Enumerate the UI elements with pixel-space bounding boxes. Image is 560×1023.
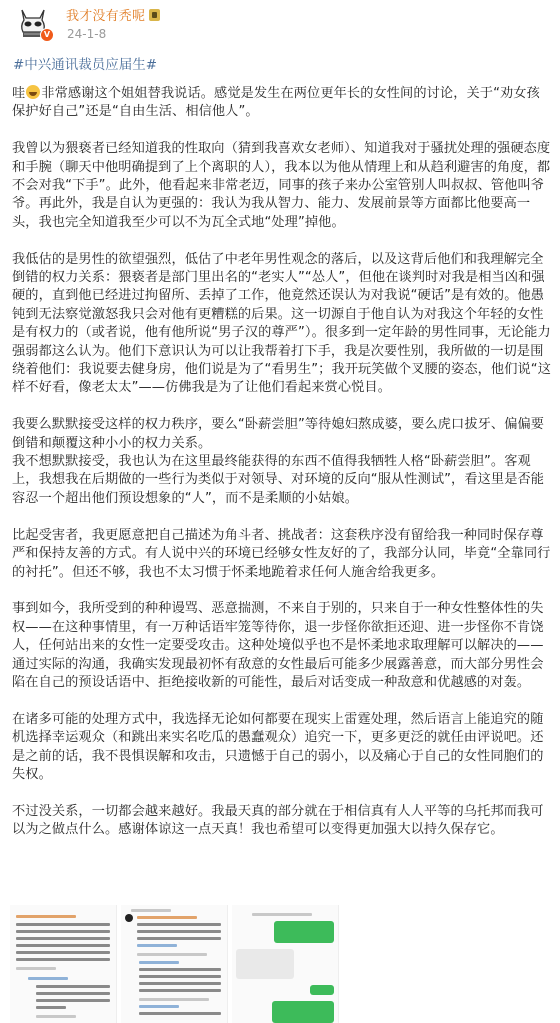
paragraph-6: 比起受害者，我更愿意把自己描述为角斗者、挑战者：这套秩序没有留给我一种同时保存尊… [12,527,552,582]
paragraph-prefix: 哇 [12,86,25,101]
image-gallery [10,905,340,1023]
paragraph-9: 不过没关系，一切都会越来越好。我最天真的部分就在于相信真有人人平等的乌托邦而我可… [12,803,552,840]
paragraph-7: 事到如今，我所受到的种种谩骂、恶意揣测，不来自于别的，只来自于一种女性整体性的失… [12,600,552,692]
paragraph-3: 我低估的是男性的欲望强烈，低估了中老年男性观念的落后，以及这背后他们和我理解完全… [12,251,552,398]
paragraph-8: 在诸多可能的处理方式中，我选择无论如何都要在现实上雷霆处理，然后语言上能追究的随… [12,711,552,785]
author-name[interactable]: 我才没有秃呢 [66,5,160,24]
post-header: V 我才没有秃呢 24-1-8 [0,0,560,50]
paragraph-4: 我要么默默接受这样的权力秩序，要么“卧薪尝胆”等待媳妇熬成婆，要么虎口拔牙、偏偏… [12,416,552,453]
crying-face-emoji-icon [26,85,40,99]
verified-badge: V [40,28,54,42]
paragraph-5: 我不想默默接受，我也认为在这里最终能获得的东西不值得我牺牲人格“卧薪尝胆”。客观… [12,453,552,508]
post-body: 哇非常感谢这个姐姐替我说话。感觉是发生在两位更年长的女性间的讨论，关于“劝女孩保… [12,85,552,858]
hashtag-link[interactable]: #中兴通讯裁员应届生# [13,53,157,73]
image-thumbnail-1[interactable] [10,905,117,1023]
paragraph-1: 哇非常感谢这个姐姐替我说话。感觉是发生在两位更年长的女性间的讨论，关于“劝女孩保… [12,85,552,122]
paragraph-text: 非常感谢这个姐姐替我说话。感觉是发生在两位更年长的女性间的讨论，关于“劝女孩保护… [12,86,540,119]
paragraph-2: 我曾以为猥亵者已经知道我的性取向（猜到我喜欢女老师）、知道我对于骚扰处理的强硬态… [12,140,552,232]
image-thumbnail-2[interactable] [121,905,228,1023]
author-name-text: 我才没有秃呢 [66,9,145,24]
fan-badge-icon [149,9,160,21]
post-date: 24-1-8 [67,27,106,41]
image-thumbnail-3[interactable] [232,905,339,1023]
